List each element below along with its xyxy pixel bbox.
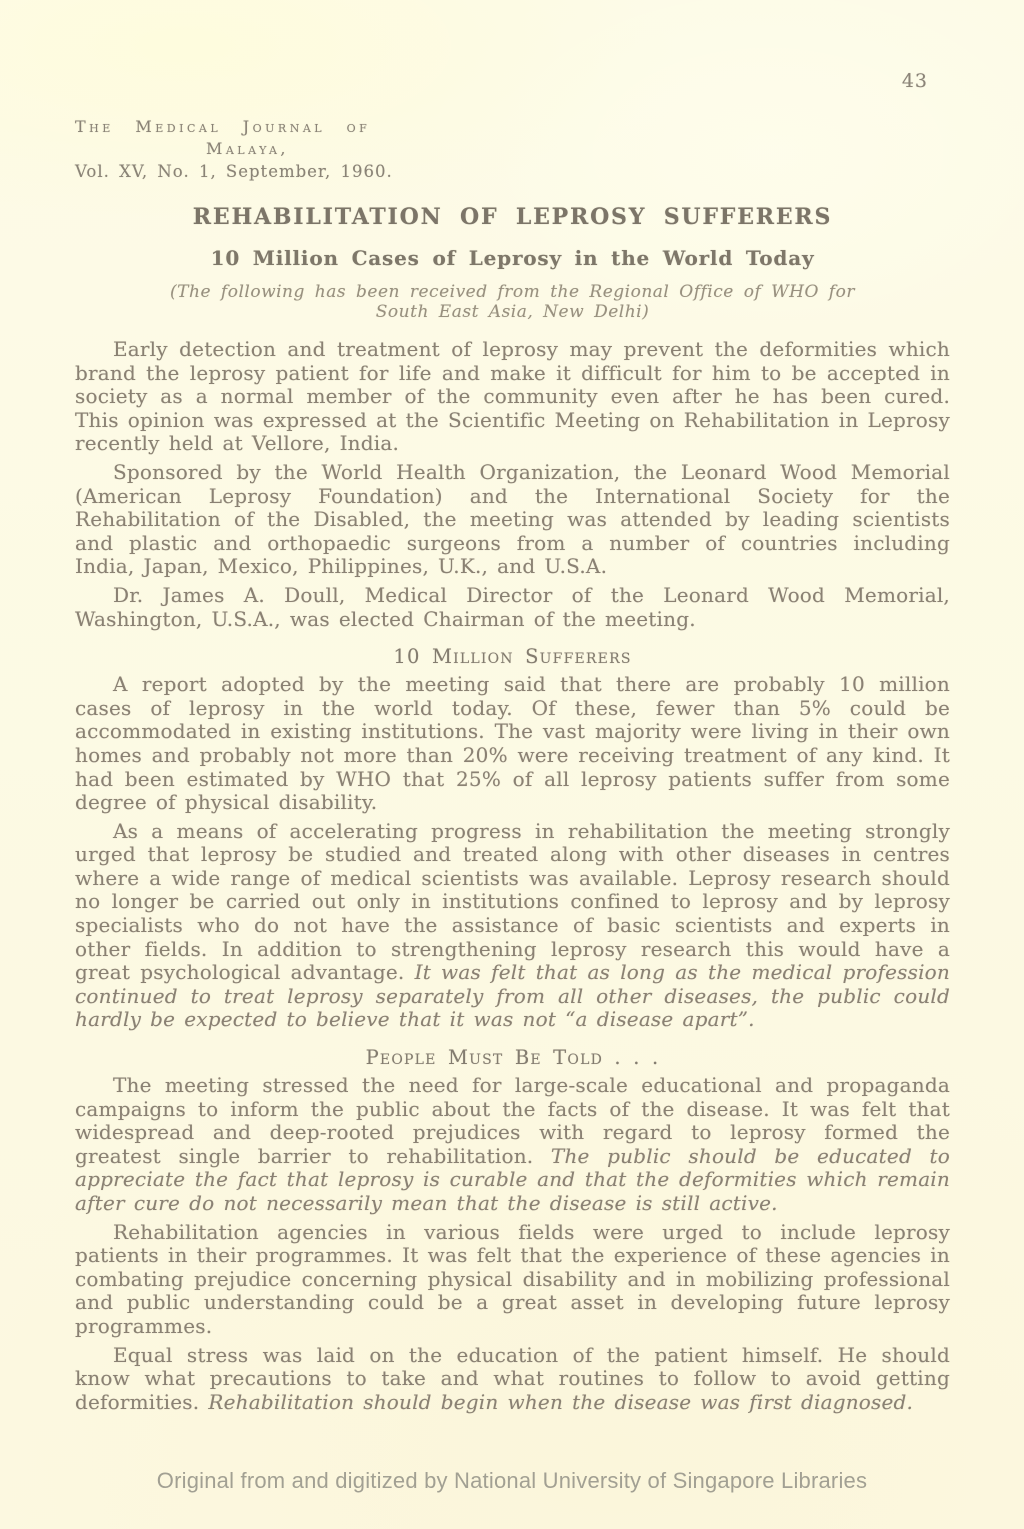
journal-title-line: The Medical Journal of [75,116,420,138]
paragraph-report-statistics: A report adopted by the meeting said tha… [75,673,950,815]
journal-volume-line: Vol. XV, No. 1, September, 1960. [75,160,420,183]
article-body: Early detection and treatment of leprosy… [75,338,950,1414]
attribution-line-2: South East Asia, New Delhi) [75,303,950,323]
journal-header: The Medical Journal of Malaya, Vol. XV, … [75,116,420,183]
article-title: REHABILITATION OF LEPROSY SUFFERERS [75,204,950,230]
page-content: The Medical Journal of Malaya, Vol. XV, … [75,116,950,1414]
paragraph-sponsors: Sponsored by the World Health Organizati… [75,461,950,579]
paragraph-education-campaigns: The meeting stressed the need for large-… [75,1074,950,1216]
section-heading-people-must-be-told: People Must Be Told . . . [75,1046,950,1069]
digitization-credit: Original from and digitized by National … [0,1468,1024,1494]
scanned-journal-page: 43 The Medical Journal of Malaya, Vol. X… [0,0,1024,1529]
page-number: 43 [902,70,928,92]
article-subtitle: 10 Million Cases of Leprosy in the World… [75,246,950,270]
journal-title-malaya: Malaya, [75,138,420,160]
paragraph-chairman: Dr. James A. Doull, Medical Director of … [75,584,950,631]
paragraph-research-progress: As a means of accelerating progress in r… [75,820,950,1032]
paragraph-patient-italic-text: Rehabilitation should begin when the dis… [208,1390,913,1414]
attribution-note: (The following has been received from th… [75,283,950,322]
paragraph-patient-education: Equal stress was laid on the education o… [75,1344,950,1415]
paragraph-rehabilitation-agencies: Rehabilitation agencies in various field… [75,1221,950,1339]
attribution-line-1: (The following has been received from th… [75,283,950,303]
paragraph-early-detection: Early detection and treatment of leprosy… [75,338,950,456]
section-heading-10-million-sufferers: 10 Million Sufferers [75,645,950,668]
